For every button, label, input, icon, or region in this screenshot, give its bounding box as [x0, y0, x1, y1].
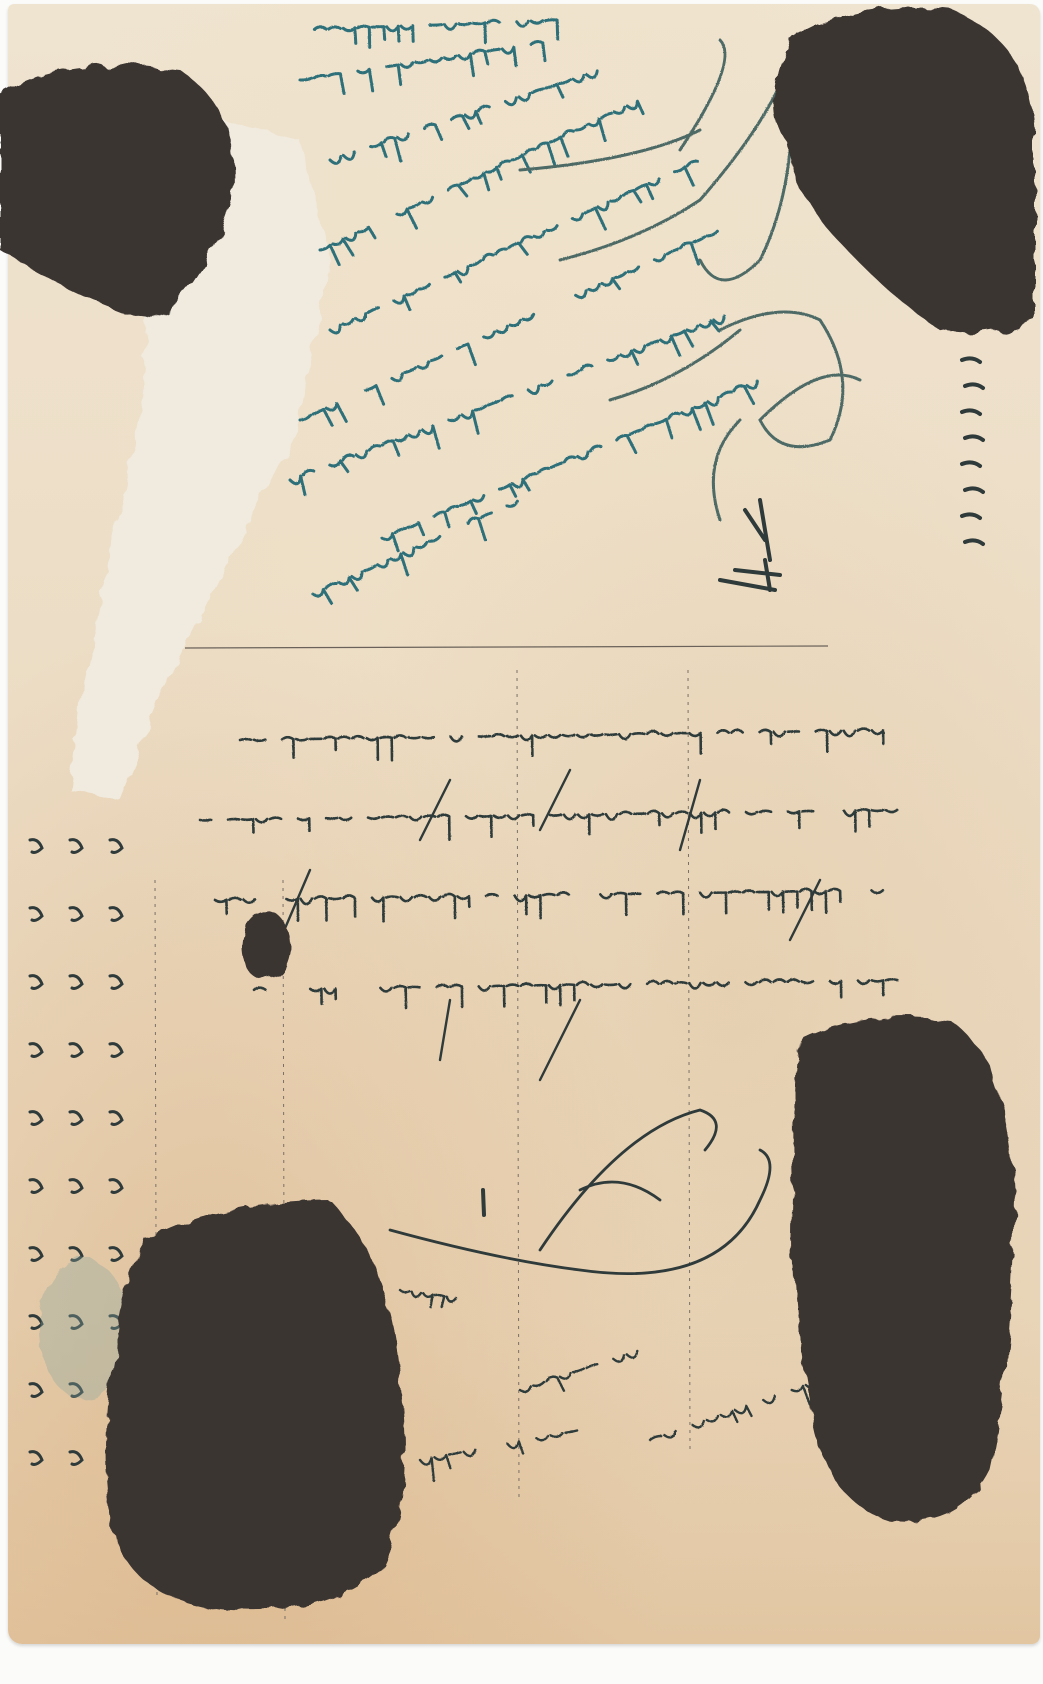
left-margin-handwriting: [70, 908, 82, 921]
left-margin-handwriting: [30, 1044, 42, 1057]
left-margin-handwriting: [70, 976, 82, 989]
left-margin-handwriting: [30, 840, 42, 853]
lower-handwriting-line: [420, 1431, 577, 1481]
left-margin-handwriting: [70, 1452, 82, 1465]
left-margin-handwriting: [30, 1248, 42, 1261]
dark-paper-patch: [774, 8, 1035, 333]
left-margin-handwriting: [30, 1180, 42, 1193]
postcard-artwork: [0, 0, 1043, 1684]
postcard-scan: Handwritten postcard reverse in Hebrew-s…: [0, 0, 1043, 1684]
left-margin-handwriting: [110, 1112, 122, 1125]
body-handwriting-line: [240, 729, 883, 761]
left-margin-handwriting: [110, 908, 122, 921]
lower-handwriting-line: [400, 1290, 456, 1307]
left-margin-handwriting: [110, 840, 122, 853]
signature-mark: [483, 1190, 484, 1215]
teal-handwriting-line: [320, 101, 643, 264]
right-edge-handwriting: [962, 514, 980, 518]
teal-handwriting-line: [330, 161, 697, 333]
lower-handwriting-line: [650, 1381, 824, 1440]
ink-blot: [240, 910, 290, 980]
teal-handwriting-line: [314, 20, 557, 48]
left-margin-handwriting: [30, 1112, 42, 1125]
left-margin-handwriting: [70, 840, 82, 853]
right-edge-handwriting: [965, 540, 983, 544]
dark-paper-patch: [793, 1018, 1015, 1522]
right-edge-handwriting: [962, 358, 980, 362]
right-edge-handwriting: [965, 488, 983, 492]
teal-handwriting-line: [313, 501, 518, 603]
left-margin-handwriting: [30, 1452, 42, 1465]
handwriting-descenders: [280, 770, 820, 1080]
teal-handwriting-line: [300, 42, 545, 94]
body-handwriting-line: [254, 979, 897, 1008]
dark-paper-patch: [105, 1200, 405, 1612]
left-margin-handwriting: [110, 1044, 122, 1057]
left-margin-handwriting: [30, 908, 42, 921]
handwritten-mark: [720, 500, 780, 590]
teal-handwriting-line: [330, 71, 597, 164]
dotted-guide-line: [517, 670, 519, 1500]
left-margin-handwriting: [30, 976, 42, 989]
left-margin-handwriting: [30, 1384, 42, 1397]
left-margin-handwriting: [110, 976, 122, 989]
left-margin-handwriting: [110, 1248, 122, 1261]
dotted-guide-line: [688, 670, 690, 1450]
right-edge-handwriting: [962, 410, 980, 414]
teal-handwriting-line: [290, 316, 724, 495]
left-margin-handwriting: [110, 1180, 122, 1193]
left-margin-handwriting: [70, 1180, 82, 1193]
right-edge-handwriting: [965, 384, 983, 388]
left-margin-handwriting: [70, 1112, 82, 1125]
address-divider-line: [185, 646, 828, 648]
body-handwriting-line: [215, 889, 883, 922]
teal-handwriting-line: [382, 381, 757, 551]
right-edge-handwriting: [965, 436, 983, 440]
signature-flourish: [390, 1110, 770, 1274]
left-margin-handwriting: [70, 1044, 82, 1057]
left-margin-handwriting: [70, 1248, 82, 1261]
lower-handwriting-line: [520, 1351, 637, 1392]
right-edge-handwriting: [962, 462, 980, 466]
